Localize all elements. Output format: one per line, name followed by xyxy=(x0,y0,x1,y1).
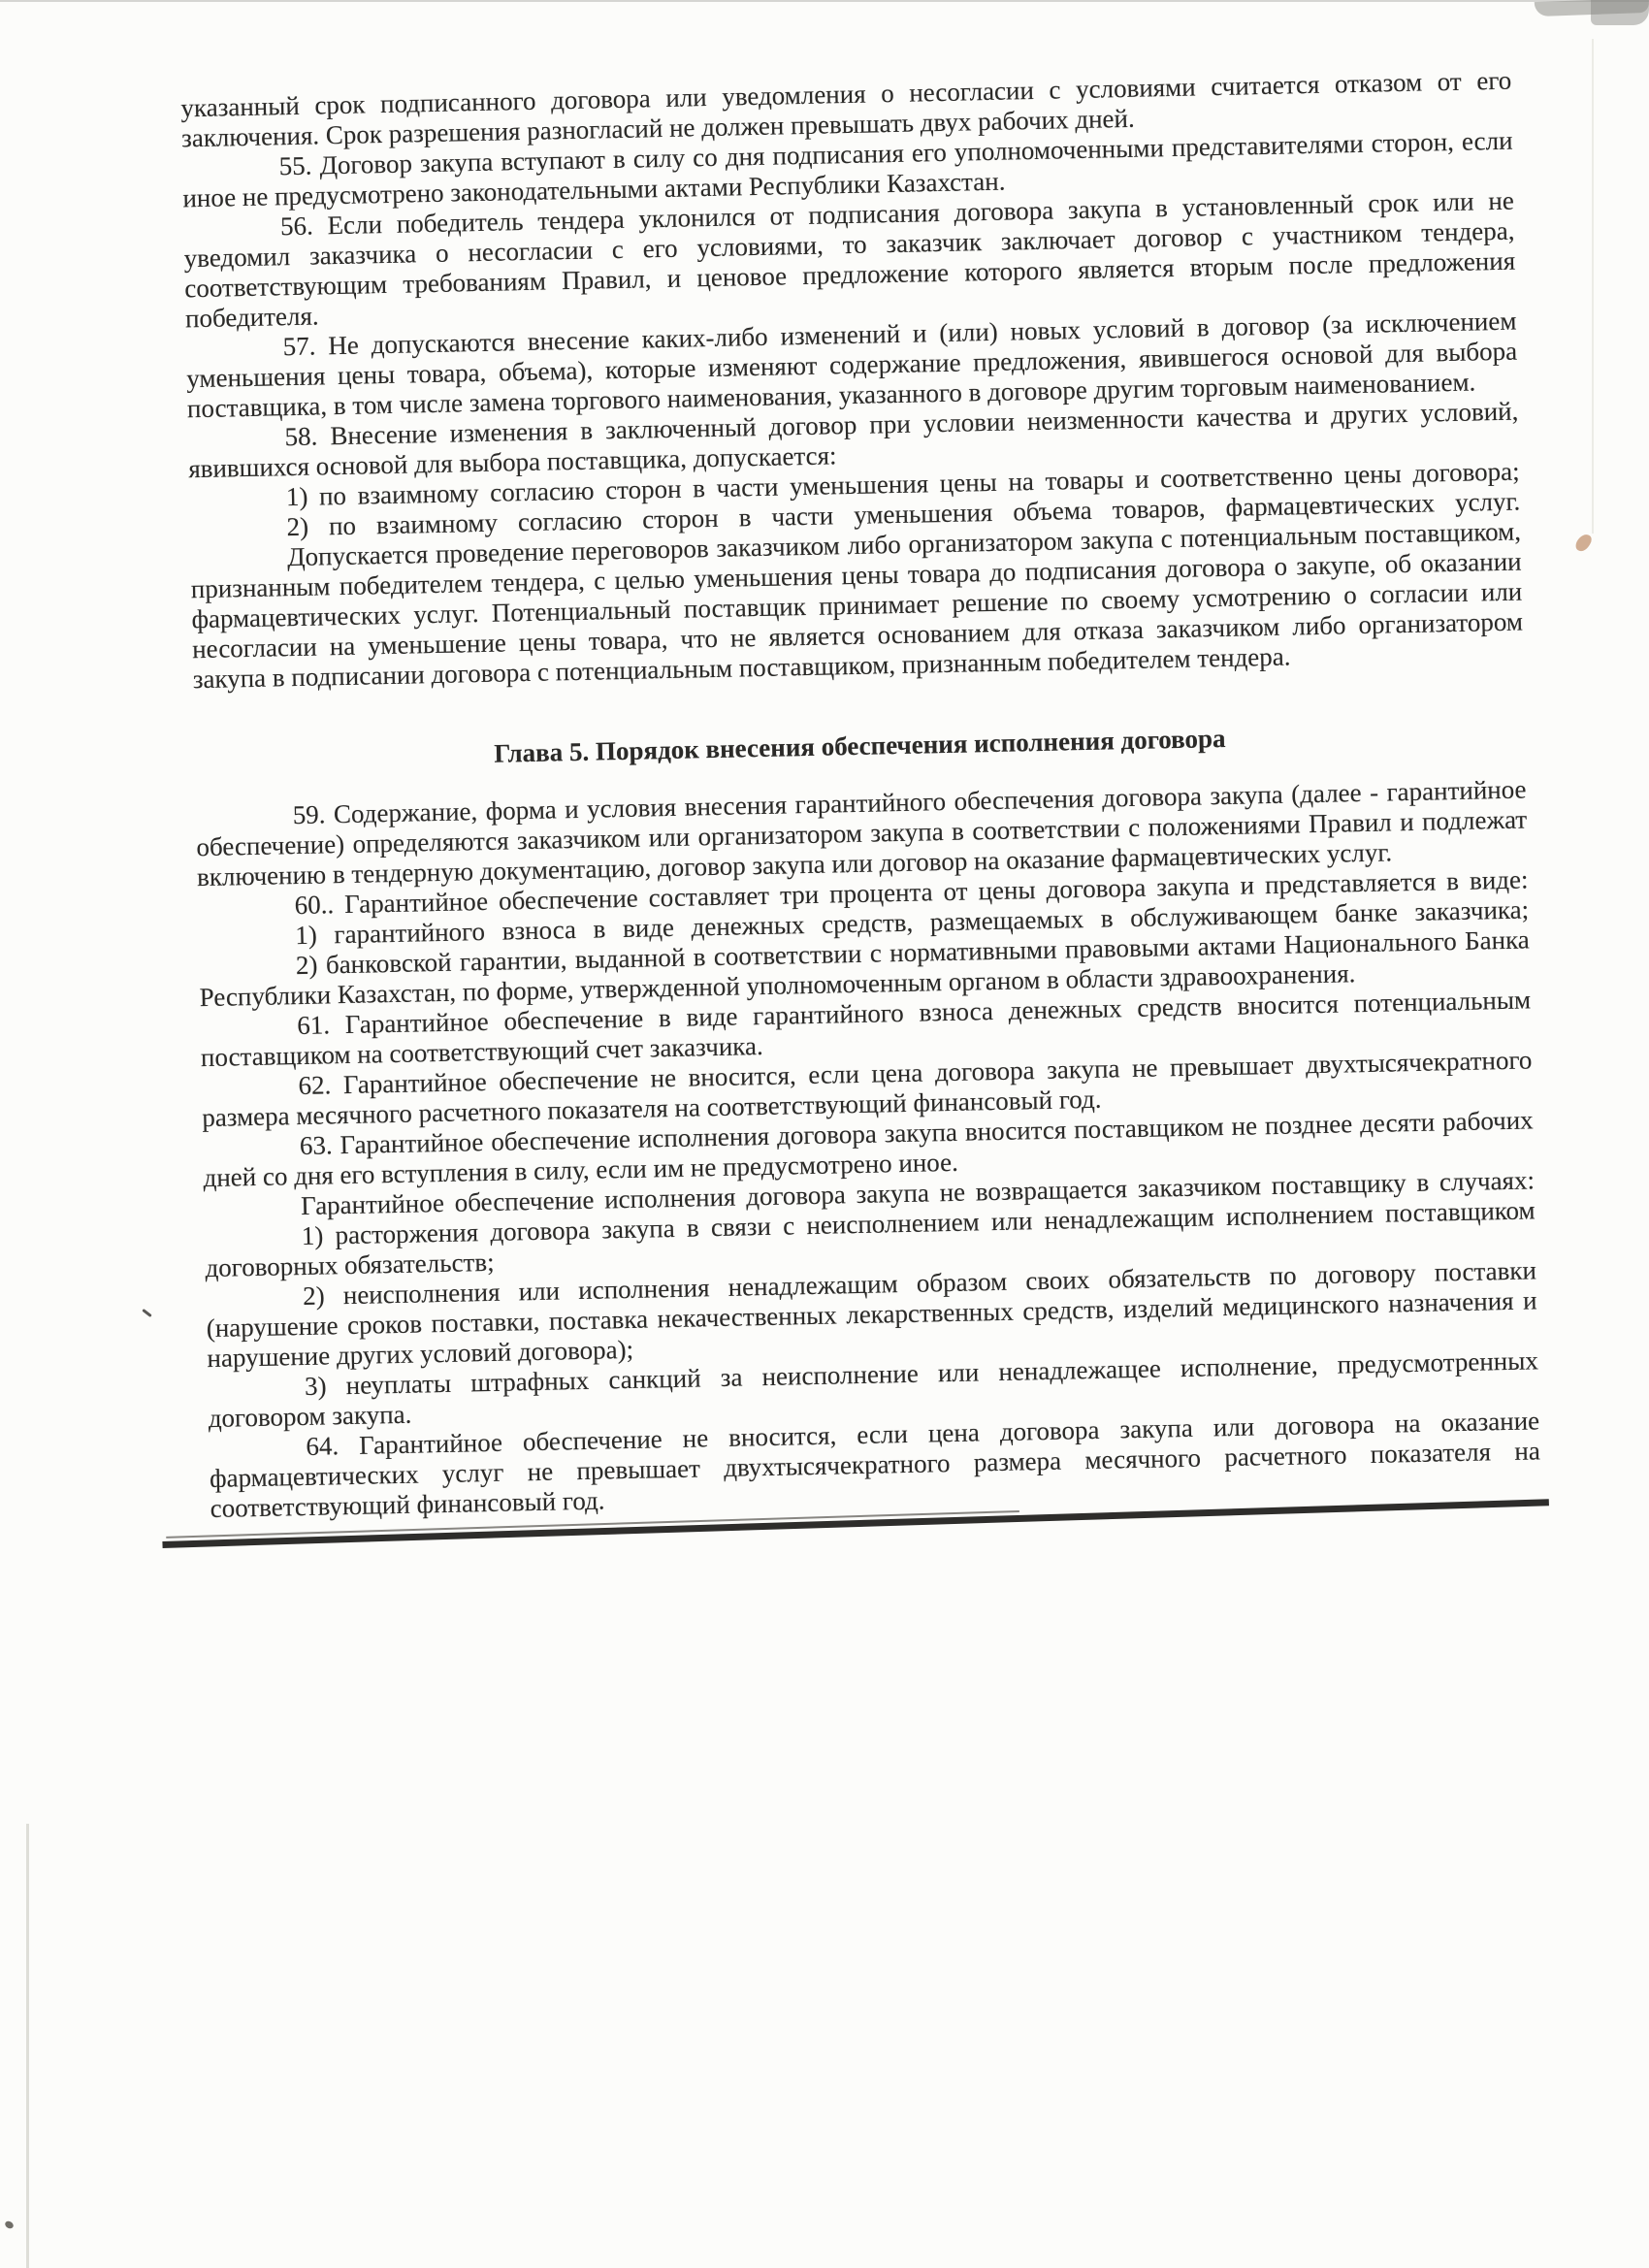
scan-ink-dot xyxy=(4,2219,15,2230)
scan-top-edge-line xyxy=(0,0,1649,2)
orange-speck-stain xyxy=(1573,532,1594,554)
scanned-page: указанный срок подписанного договора или… xyxy=(0,0,1649,2268)
scan-right-streak xyxy=(1592,39,1594,534)
document-body: указанный срок подписанного договора или… xyxy=(180,66,1541,1540)
scan-corner-smudge-dark xyxy=(1591,0,1649,25)
chapter-heading: Глава 5. Порядок внесения обеспечения ис… xyxy=(194,717,1525,775)
paragraph: Допускается проведение переговоров заказ… xyxy=(190,517,1524,696)
pen-tick-mark xyxy=(142,1309,152,1317)
scan-left-streak xyxy=(26,1824,29,2268)
